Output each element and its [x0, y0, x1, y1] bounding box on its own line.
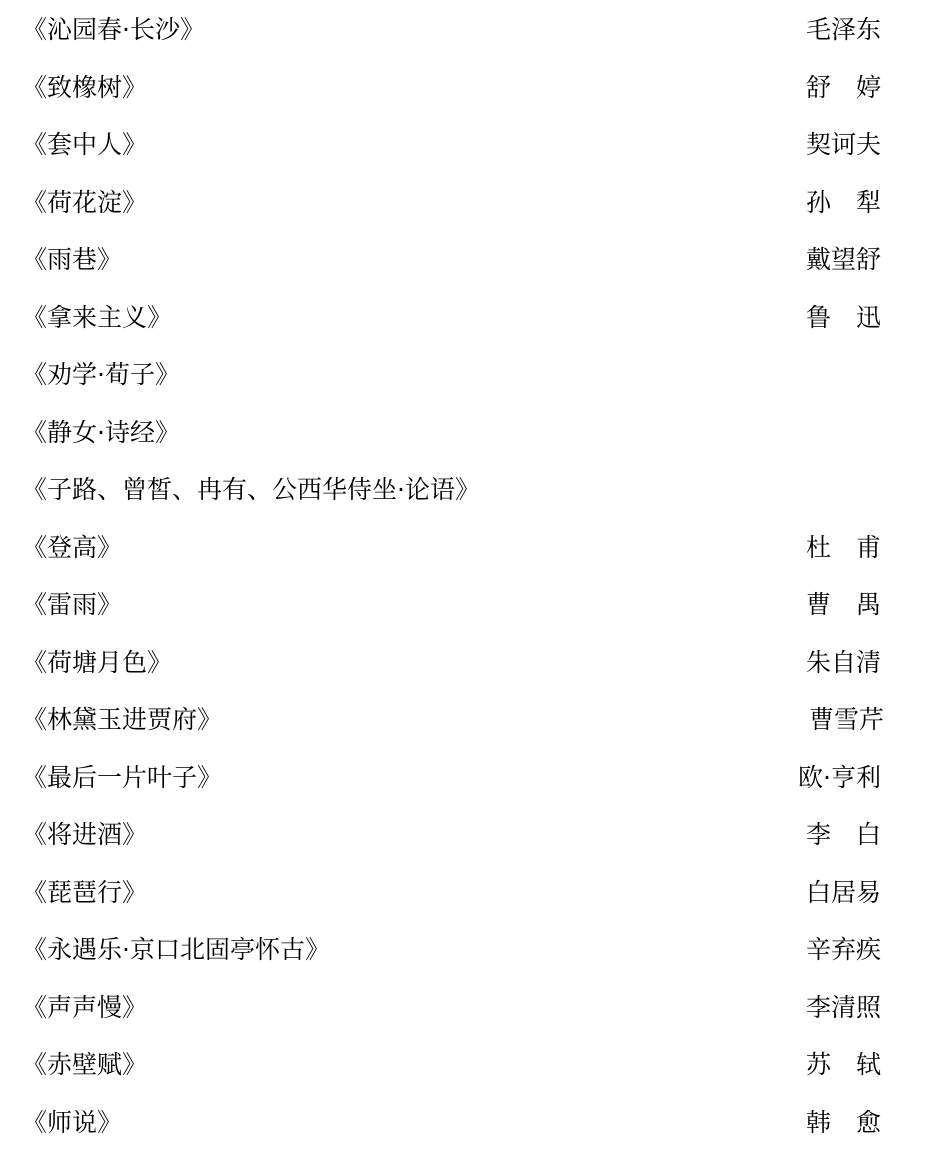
- list-item: 《永遇乐·京口北固亭怀古》 辛弃疾: [0, 923, 933, 981]
- work-title: 《荷塘月色》: [22, 648, 172, 678]
- work-author: 曹雪芹: [809, 705, 884, 735]
- list-item: 《最后一片叶子》 欧·亨利: [0, 751, 933, 809]
- work-title: 《子路、曾皙、冉有、公西华侍坐·论语》: [22, 475, 480, 505]
- list-item: 《拿来主义》 鲁 迅: [0, 291, 933, 349]
- list-item: 《静女·诗经》: [0, 406, 933, 464]
- work-author: 苏 轼: [806, 1050, 881, 1080]
- list-item: 《将进酒》 李 白: [0, 808, 933, 866]
- list-item: 《子路、曾皙、冉有、公西华侍坐·论语》: [0, 463, 933, 521]
- work-title: 《将进酒》: [22, 820, 147, 850]
- work-author: 舒 婷: [806, 73, 881, 103]
- list-item: 《荷花淀》 孙 犁: [0, 176, 933, 234]
- work-author: 欧·亨利: [798, 763, 881, 793]
- list-item: 《林黛玉进贾府》 曹雪芹: [0, 693, 933, 751]
- list-item: 《赤壁赋》 苏 轼: [0, 1038, 933, 1096]
- work-title: 《静女·诗经》: [22, 418, 180, 448]
- list-item: 《声声慢》 李清照: [0, 981, 933, 1039]
- work-author: 戴望舒: [806, 245, 881, 275]
- list-item: 《雨巷》 戴望舒: [0, 233, 933, 291]
- work-title: 《雨巷》: [22, 245, 122, 275]
- work-title: 《最后一片叶子》: [22, 763, 222, 793]
- list-item: 《套中人》 契诃夫: [0, 118, 933, 176]
- works-list: 《沁园春·长沙》 毛泽东 《致橡树》 舒 婷 《套中人》 契诃夫 《荷花淀》 孙…: [0, 3, 933, 1153]
- list-item: 《雷雨》 曹 禺: [0, 578, 933, 636]
- work-author: 辛弃疾: [806, 935, 881, 965]
- list-item: 《登高》 杜 甫: [0, 521, 933, 579]
- list-item: 《沁园春·长沙》 毛泽东: [0, 3, 933, 61]
- work-title: 《师说》: [22, 1108, 122, 1138]
- work-author: 韩 愈: [806, 1108, 881, 1138]
- work-title: 《套中人》: [22, 130, 147, 160]
- work-title: 《雷雨》: [22, 590, 122, 620]
- work-author: 曹 禺: [806, 590, 881, 620]
- list-item: 《致橡树》 舒 婷: [0, 61, 933, 119]
- work-author: 白居易: [806, 878, 881, 908]
- work-title: 《琵琶行》: [22, 878, 147, 908]
- work-author: 朱自清: [806, 648, 881, 678]
- list-item: 《师说》 韩 愈: [0, 1096, 933, 1153]
- work-title: 《致橡树》: [22, 73, 147, 103]
- list-item: 《琵琶行》 白居易: [0, 866, 933, 924]
- work-title: 《劝学·荀子》: [22, 360, 180, 390]
- work-title: 《声声慢》: [22, 993, 147, 1023]
- work-title: 《荷花淀》: [22, 188, 147, 218]
- work-author: 契诃夫: [806, 130, 881, 160]
- work-author: 杜 甫: [806, 533, 881, 563]
- work-author: 李 白: [806, 820, 881, 850]
- work-title: 《林黛玉进贾府》: [22, 705, 222, 735]
- list-item: 《劝学·荀子》: [0, 348, 933, 406]
- work-title: 《赤壁赋》: [22, 1050, 147, 1080]
- work-title: 《永遇乐·京口北固亭怀古》: [22, 935, 330, 965]
- work-author: 鲁 迅: [806, 303, 881, 333]
- work-title: 《沁园春·长沙》: [22, 15, 205, 45]
- work-title: 《登高》: [22, 533, 122, 563]
- work-title: 《拿来主义》: [22, 303, 172, 333]
- work-author: 毛泽东: [806, 15, 881, 45]
- list-item: 《荷塘月色》 朱自清: [0, 636, 933, 694]
- work-author: 孙 犁: [806, 188, 881, 218]
- work-author: 李清照: [806, 993, 881, 1023]
